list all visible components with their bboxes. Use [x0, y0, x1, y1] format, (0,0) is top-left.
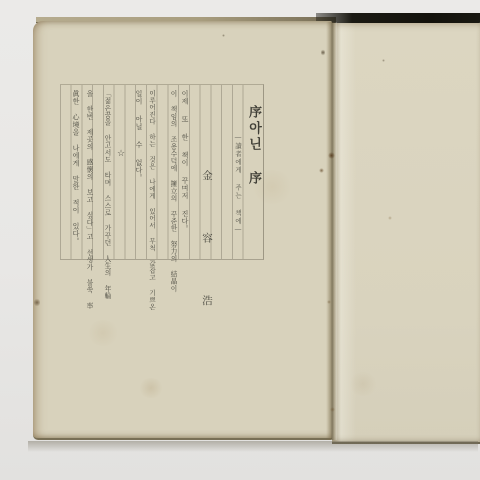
preface-column: 「젊은꿈을 안고서도 타며 스스로 가꾸던 人生의 年輪: [102, 90, 112, 299]
preface-column: 일이 아닐 수 없다。: [134, 90, 144, 182]
foxing-spot: [321, 49, 325, 56]
preface-author: 金 容 浩: [200, 170, 213, 326]
foxing-spot: [388, 216, 392, 220]
paper-stain: [138, 378, 164, 398]
preface-column: 이제 또 한 책이 꾸며저 진다。: [180, 90, 190, 233]
foxing-spot: [319, 168, 324, 173]
foxing-spot: [328, 152, 335, 159]
foxing-spot: [330, 407, 335, 412]
foxing-spot: [222, 34, 225, 37]
page-bottom-shadow: [28, 441, 478, 452]
preface-title: 序아닌 序: [244, 105, 262, 187]
paper-stain: [348, 372, 378, 396]
book-photo: 序아닌 序 ―讀者에게 주는 책에― 金 容 浩 이제 또 한 책이 꾸며저 진…: [0, 0, 480, 480]
foxing-spot: [34, 298, 40, 307]
star-divider: ☆: [116, 149, 126, 160]
preface-text-block: 序아닌 序 ―讀者에게 주는 책에― 金 容 浩 이제 또 한 책이 꾸며저 진…: [60, 84, 264, 260]
book-gutter: [326, 22, 337, 440]
preface-column: 眞한 心境을 나에게 말한 적이 있다。: [71, 90, 81, 245]
preface-subtitle: ―讀者에게 주는 책에―: [233, 133, 243, 235]
foxing-spot: [327, 300, 331, 304]
preface-column: 을 한번 제곳의 感懷의 보고 싶다」고 선생가 불쑥 率: [84, 90, 94, 309]
preface-column: 이 책임의 조용수덕에 擁立의 꾸준한 努力의 結晶이: [168, 90, 178, 292]
foxing-spot: [382, 59, 385, 62]
preface-column: 이루어진다 하는 것은 나에게 있어서 무척 값잡고 기쁘온: [147, 90, 157, 311]
paper-stain: [86, 320, 120, 346]
